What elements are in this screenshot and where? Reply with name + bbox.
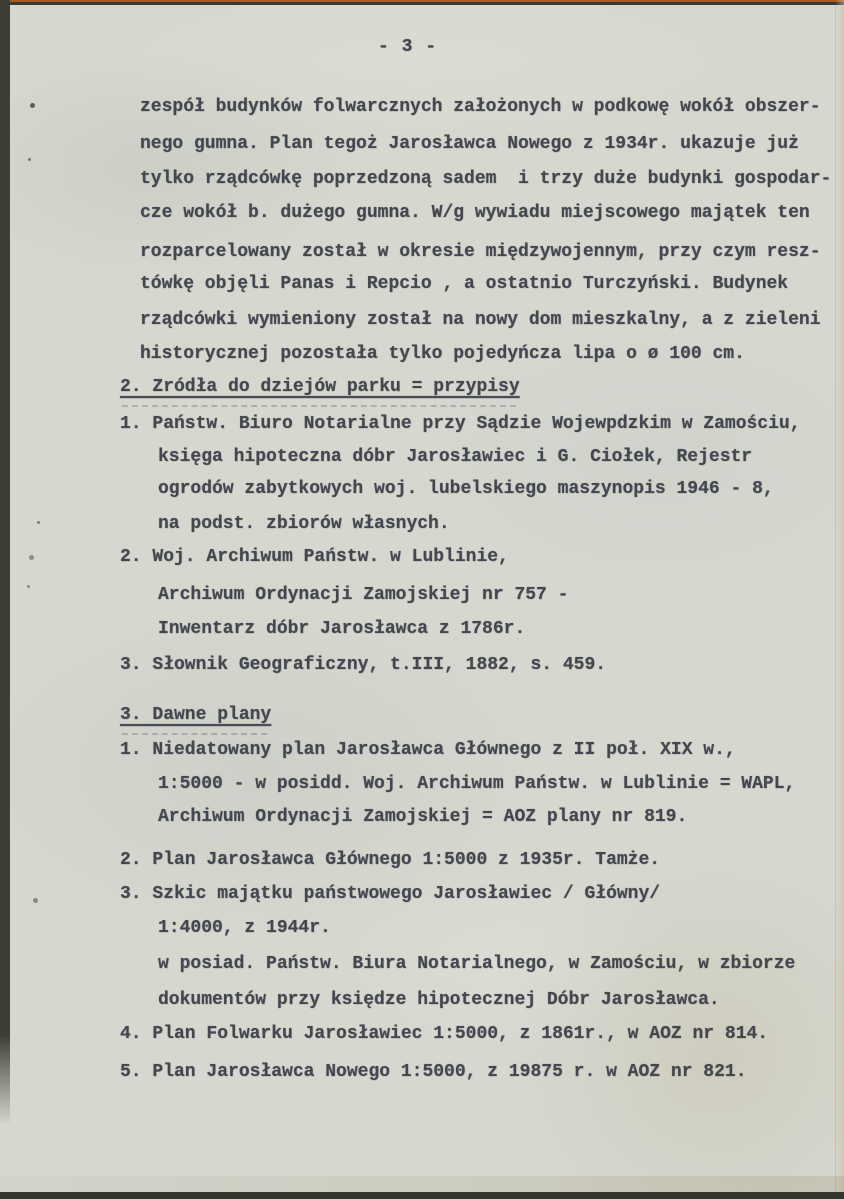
sources-section-heading: 2. Zródła do dziejów parku = przypisy [120, 376, 520, 398]
scan-edge-right [835, 0, 844, 1199]
scan-edge-top [0, 0, 844, 5]
sources-item-line: na podst. zbiorów własnych. [158, 513, 450, 535]
plans-item-line: 2. Plan Jarosławca Głównego 1:5000 z 193… [120, 849, 660, 871]
paragraph-line: historycznej pozostała tylko pojedyńcza … [140, 343, 745, 365]
sources-item-line: Archiwum Ordynacji Zamojskiej nr 757 - [158, 584, 568, 606]
plans-item-line: Archiwum Ordynacji Zamojskiej = AOZ plan… [158, 806, 687, 828]
paragraph-line: tówkę objęli Panas i Repcio , a ostatnio… [140, 273, 788, 295]
sources-item-line: 1. Państw. Biuro Notarialne przy Sądzie … [120, 413, 801, 435]
sources-item-line: Inwentarz dóbr Jarosławca z 1786r. [158, 618, 525, 640]
paragraph-line: zespół budynków folwarcznych założonych … [140, 96, 821, 118]
ink-specks [0, 0, 3, 3]
plans-item-line: 1:5000 - w posidd. Woj. Archiwum Państw.… [158, 773, 795, 795]
scanned-document-page: - 3 - zespół budynków folwarcznych założ… [0, 0, 844, 1199]
paragraph-line: nego gumna. Plan tegoż Jarosławca Nowego… [140, 133, 799, 155]
paragraph-line: rozparcelowany został w okresie międzywo… [140, 241, 821, 263]
page-number: - 3 - [378, 36, 437, 58]
plans-item-line: 5. Plan Jarosławca Nowego 1:5000, z 1987… [120, 1061, 747, 1083]
plans-item-line: 1:4000, z 1944r. [158, 917, 331, 939]
plans-item-line: 1. Niedatowany plan Jarosławca Głównego … [120, 739, 736, 761]
paragraph-line: tylko rządcówkę poprzedzoną sadem i trzy… [140, 168, 831, 190]
paragraph-line: cze wokół b. dużego gumna. W/g wywiadu m… [140, 202, 810, 224]
sources-item-line: księga hipoteczna dóbr Jarosławiec i G. … [158, 446, 752, 468]
sources-item-line: ogrodów zabytkowych woj. lubelskiego mas… [158, 478, 774, 500]
plans-section-heading: 3. Dawne plany [120, 704, 271, 726]
plans-item-line: 3. Szkic majątku państwowego Jarosławiec… [120, 883, 660, 905]
plans-item-line: dokumentów przy księdze hipotecznej Dóbr… [158, 989, 720, 1011]
plans-item-line: w posiad. Państw. Biura Notarialnego, w … [158, 953, 795, 975]
scan-edge-bottom [0, 1192, 844, 1199]
scan-edge-bottom-shadow [0, 1176, 844, 1192]
scan-edge-left [0, 0, 10, 1125]
sources-item-line: 3. Słownik Geograficzny, t.III, 1882, s.… [120, 654, 606, 676]
plans-item-line: 4. Plan Folwarku Jarosławiec 1:5000, z 1… [120, 1023, 768, 1045]
sources-item-line: 2. Woj. Archiwum Państw. w Lublinie, [120, 546, 509, 568]
paragraph-line: rządcówki wymieniony został na nowy dom … [140, 309, 821, 331]
scan-edge-right-line [835, 0, 836, 1199]
